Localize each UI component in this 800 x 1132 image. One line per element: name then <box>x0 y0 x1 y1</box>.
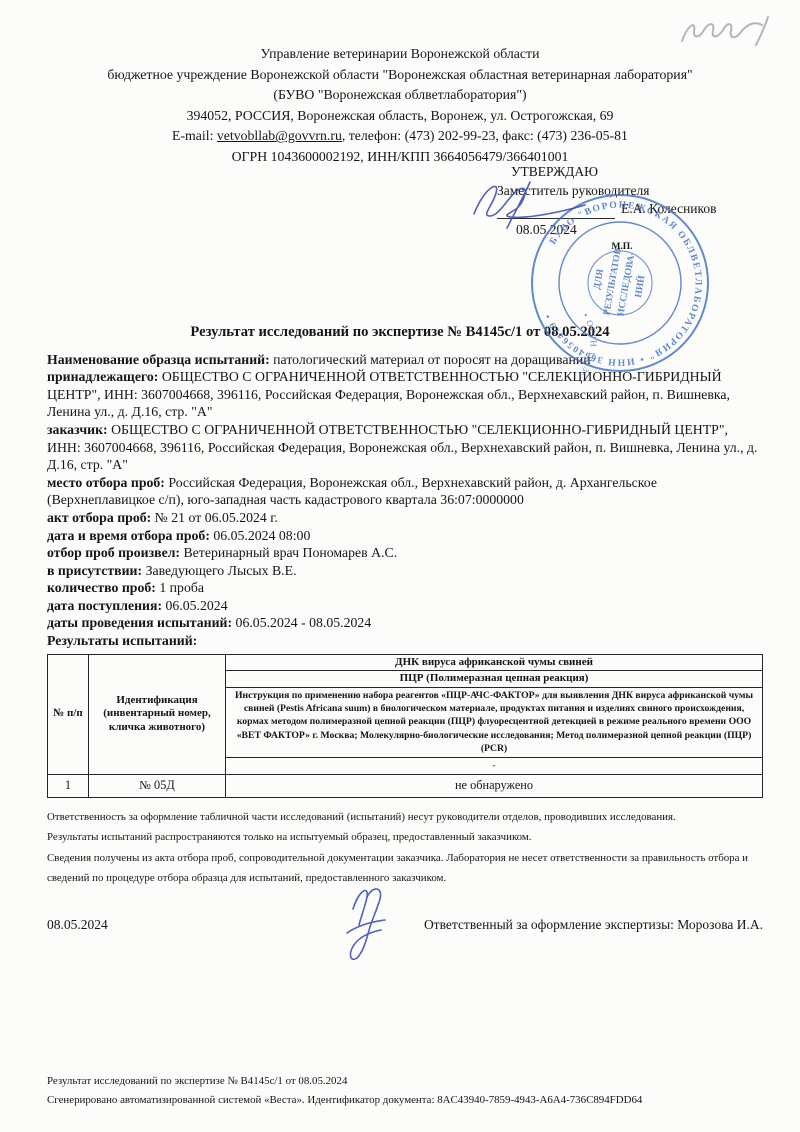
field-value: № 21 от 06.05.2024 г. <box>155 510 278 525</box>
phone-fax: , телефон: (473) 202-99-23, факс: (473) … <box>342 128 628 143</box>
field-label: место отбора проб: <box>47 475 165 490</box>
field-value: Ветеринарный врач Пономарев А.С. <box>183 545 397 560</box>
dash-cell: - <box>226 757 763 774</box>
field-label: отбор проб произвел: <box>47 545 180 560</box>
svg-text:НИЙ: НИЙ <box>632 274 648 299</box>
method-details-cell: Инструкция по применению набора реагенто… <box>226 687 763 757</box>
note-line: Сведения получены из акта отбора проб, с… <box>47 848 764 889</box>
field-label: дата поступления: <box>47 598 162 613</box>
field-value: 1 проба <box>159 580 204 595</box>
pencil-note-path <box>682 17 768 45</box>
org-address: 394052, РОССИЯ, Воронежская область, Вор… <box>0 106 800 127</box>
stamp-place-label: М.П. <box>598 242 646 252</box>
org-short-name: (БУВО "Воронежская облветлаборатория") <box>0 85 800 106</box>
responsible-signature-path <box>347 889 385 959</box>
col-id-header: Идентификация (инвентарный номер, кличка… <box>89 654 226 774</box>
note-line: Результаты испытаний распространяются то… <box>47 827 764 848</box>
field-row: в присутствии: Заведующего Лысых В.Е. <box>47 562 760 580</box>
field-row: отбор проб произвел: Ветеринарный врач П… <box>47 544 760 562</box>
email-link: vetvobllab@govvrn.ru <box>217 128 342 143</box>
org-contacts: E-mail: vetvobllab@govvrn.ru, телефон: (… <box>0 126 800 147</box>
field-row: заказчик: ОБЩЕСТВО С ОГРАНИЧЕННОЙ ОТВЕТС… <box>47 421 760 474</box>
field-row: акт отбора проб: № 21 от 06.05.2024 г. <box>47 509 760 527</box>
field-label: даты проведения испытаний: <box>47 615 232 630</box>
field-label: количество проб: <box>47 580 156 595</box>
document-page: Управление ветеринарии Воронежской облас… <box>0 0 800 1132</box>
method-cell: ПЦР (Полимеразная цепная реакция) <box>226 671 763 688</box>
field-row: место отбора проб: Российская Федерация,… <box>47 474 760 509</box>
table-header-row: № п/п Идентификация (инвентарный номер, … <box>48 654 763 671</box>
footer-generated-by: Сгенерировано автоматизированной системо… <box>47 1091 642 1110</box>
signoff-date: 08.05.2024 <box>47 917 108 933</box>
field-label: Наименование образца испытаний: <box>47 352 270 367</box>
signoff-text: Ответственный за оформление экспертизы: … <box>424 917 763 933</box>
svg-text:ДЛЯ: ДЛЯ <box>592 268 606 290</box>
signoff-row: 08.05.2024 Ответственный за оформление э… <box>47 905 763 945</box>
row-number-cell: 1 <box>48 774 89 797</box>
field-value: 06.05.2024 <box>166 598 228 613</box>
test-group-cell: ДНК вируса африканской чумы свиней <box>226 654 763 671</box>
field-label: акт отбора проб: <box>47 510 151 525</box>
pencil-note-scribble <box>676 5 788 53</box>
field-value: 06.05.2024 08:00 <box>213 528 310 543</box>
page-footer: Результат исследований по экспертизе № В… <box>47 1072 642 1110</box>
col-num-header: № п/п <box>48 654 89 774</box>
sample-fields: Наименование образца испытаний: патологи… <box>0 341 800 650</box>
field-row: дата поступления: 06.05.2024 <box>47 597 760 615</box>
field-value: 06.05.2024 - 08.05.2024 <box>236 615 372 630</box>
responsible-signature-scribble <box>339 881 401 963</box>
field-label: принадлежащего: <box>47 369 158 384</box>
row-result-cell: не обнаружено <box>226 774 763 797</box>
field-row: принадлежащего: ОБЩЕСТВО С ОГРАНИЧЕННОЙ … <box>47 368 760 421</box>
results-table: № п/п Идентификация (инвентарный номер, … <box>47 654 763 798</box>
email-label: E-mail: <box>172 128 213 143</box>
note-line: Ответственность за оформление табличной … <box>47 807 764 828</box>
table-row: 1 № 05Д не обнаружено <box>48 774 763 797</box>
results-section-label: Результаты испытаний: <box>47 632 760 650</box>
field-label: в присутствии: <box>47 563 142 578</box>
field-row: дата и время отбора проб: 06.05.2024 08:… <box>47 527 760 545</box>
field-label: дата и время отбора проб: <box>47 528 210 543</box>
stamp-center-text: ДЛЯ РЕЗУЛЬТАТОВ ИССЛЕДОВА- НИЙ <box>588 244 652 321</box>
footer-expertise-ref: Результат исследований по экспертизе № В… <box>47 1072 642 1091</box>
row-id-cell: № 05Д <box>89 774 226 797</box>
approver-signature-scribble <box>466 174 591 230</box>
field-label: заказчик: <box>47 422 108 437</box>
approver-signature-path <box>474 182 585 228</box>
org-name: бюджетное учреждение Воронежской области… <box>0 65 800 86</box>
field-value: Заведующего Лысых В.Е. <box>146 563 297 578</box>
disclaimer-notes: Ответственность за оформление табличной … <box>0 798 800 889</box>
field-row: количество проб: 1 проба <box>47 579 760 597</box>
field-value: ОБЩЕСТВО С ОГРАНИЧЕННОЙ ОТВЕТСТВЕННОСТЬЮ… <box>47 422 758 472</box>
field-row: даты проведения испытаний: 06.05.2024 - … <box>47 614 760 632</box>
